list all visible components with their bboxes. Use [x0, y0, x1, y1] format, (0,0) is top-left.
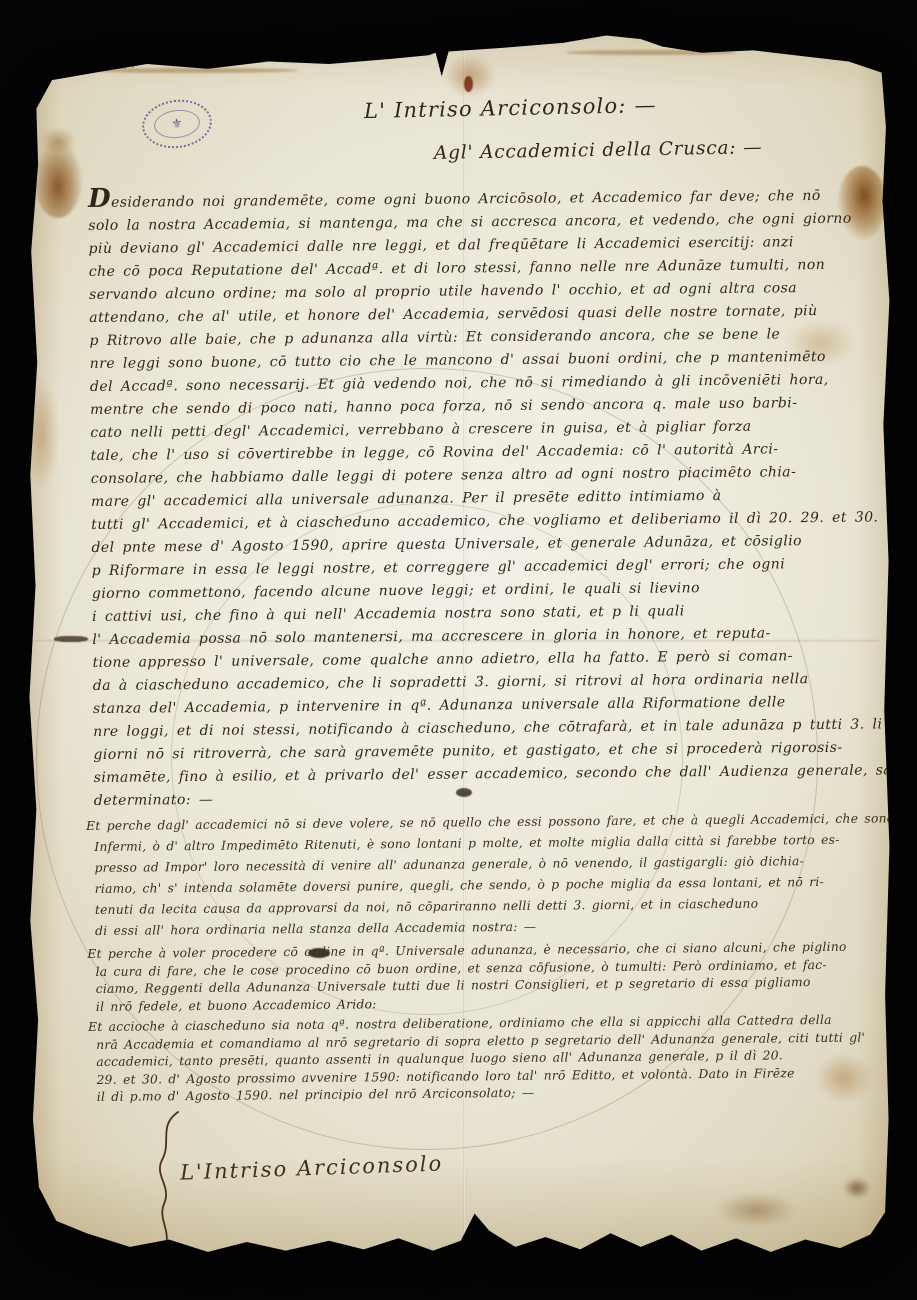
ink-dash-left-edge — [54, 636, 88, 642]
stain-top-edge-streak-right — [566, 50, 736, 55]
library-stamp-emblem-icon: ⚜ — [152, 107, 201, 140]
aged-paper-sheet: 12.3. ⚜ L' Intriso Arciconsolo: — Agl' A… — [26, 28, 892, 1268]
paragraph-2: Et perche dagl' accademici nō si deve vo… — [94, 808, 891, 942]
signature-text: L'Intriso Arciconsolo — [180, 1151, 444, 1184]
letter-heading-addressee: Agl' Accademici della Crusca: — — [434, 137, 763, 164]
library-stamp: ⚜ — [139, 96, 214, 152]
paragraph-4: Et accioche à ciascheduno sia nota qª. n… — [96, 1011, 893, 1106]
letter-heading-title: L' Intriso Arciconsolo: — — [364, 93, 657, 123]
stain-bottom-smudge — [716, 1193, 796, 1227]
signature-block: L'Intriso Arciconsolo — [148, 1108, 488, 1258]
archive-pencil-mark: 12.3. — [96, 57, 137, 74]
stain-left-top-halo — [40, 128, 76, 154]
letter-body: Desiderando noi grandemēte, come ogni bu… — [88, 180, 893, 1106]
stain-bottom-dark-spot — [844, 1178, 870, 1198]
stain-top-tear-dots — [464, 76, 473, 92]
paragraph-3: Et perche à voler procedere cō ordine in… — [95, 938, 892, 1016]
manuscript-page: 12.3. ⚜ L' Intriso Arciconsolo: — Agl' A… — [26, 28, 892, 1268]
paragraph-1: Desiderando noi grandemēte, come ogni bu… — [88, 180, 890, 813]
stain-left-middle — [24, 380, 58, 490]
